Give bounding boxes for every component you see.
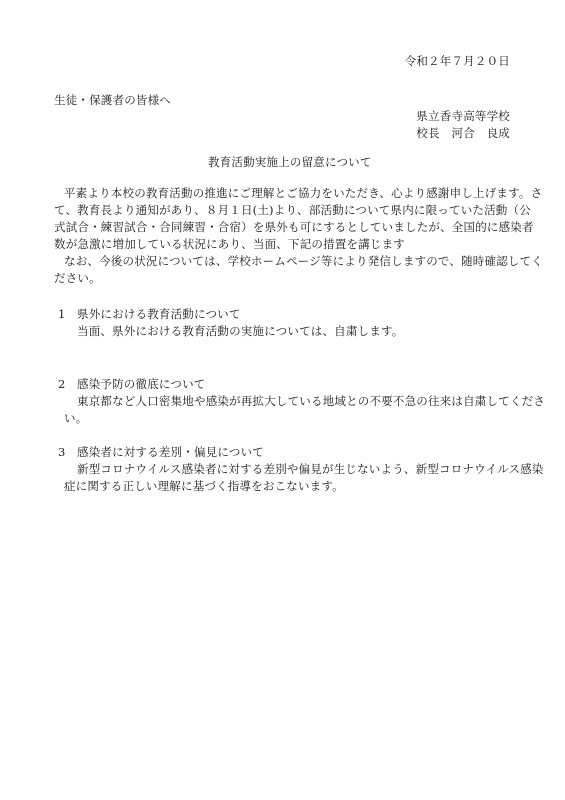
section-number: 2 [58,377,66,391]
document-date: 令和２年７月２０日 [405,54,510,68]
document-title: 教育活動実施上の留意について [208,155,372,169]
intro-line: て、教育長より通知があり、８月１日(土)より、部活動について県内に限っていた活動… [54,203,531,217]
section-body-line: い。 [64,411,87,425]
section-body-line: 東京都など人口密集地や感染が再拡大している地域との不要不急の往来は自粛してくださ [77,394,545,408]
sender-school: 県立香寺高等学校 [416,109,510,123]
section-number: 3 [58,445,66,459]
intro-line: 数が急激に増加している状況にあり、当面、下記の措置を講じます [54,237,405,251]
section-heading: 感染者に対する差別・偏見について [77,445,264,459]
section-heading: 感染予防の徹底について [77,377,205,391]
intro-line: ださい。 [54,271,101,285]
section-body-line: 新型コロナウイルス感染者に対する差別や偏見が生じないよう、新型コロナウイルス感染 [77,462,544,476]
section-body-line: 当面、県外における教育活動の実施については、自粛します。 [77,324,403,338]
intro-line: なお、今後の状況については、学校ホームページ等により発信しますので、随時確認して… [64,254,543,268]
intro-line: 式試合・練習試合・合同練習・合宿）を県外も可にするとしていましたが、全国的に感染… [54,220,534,234]
addressee: 生徒・保護者の皆様へ [54,93,171,107]
section-heading: 県外における教育活動について [77,307,241,321]
section-body-line: 症に関する正しい理解に基づく指導をおこないます。 [64,479,344,493]
section-number: 1 [58,307,66,321]
intro-line: 平素より本校の教育活動の推進にご理解とご協力をいただき、心より感謝申し上げます。… [64,186,542,200]
sender-principal: 校長 河合 良成 [416,126,510,140]
